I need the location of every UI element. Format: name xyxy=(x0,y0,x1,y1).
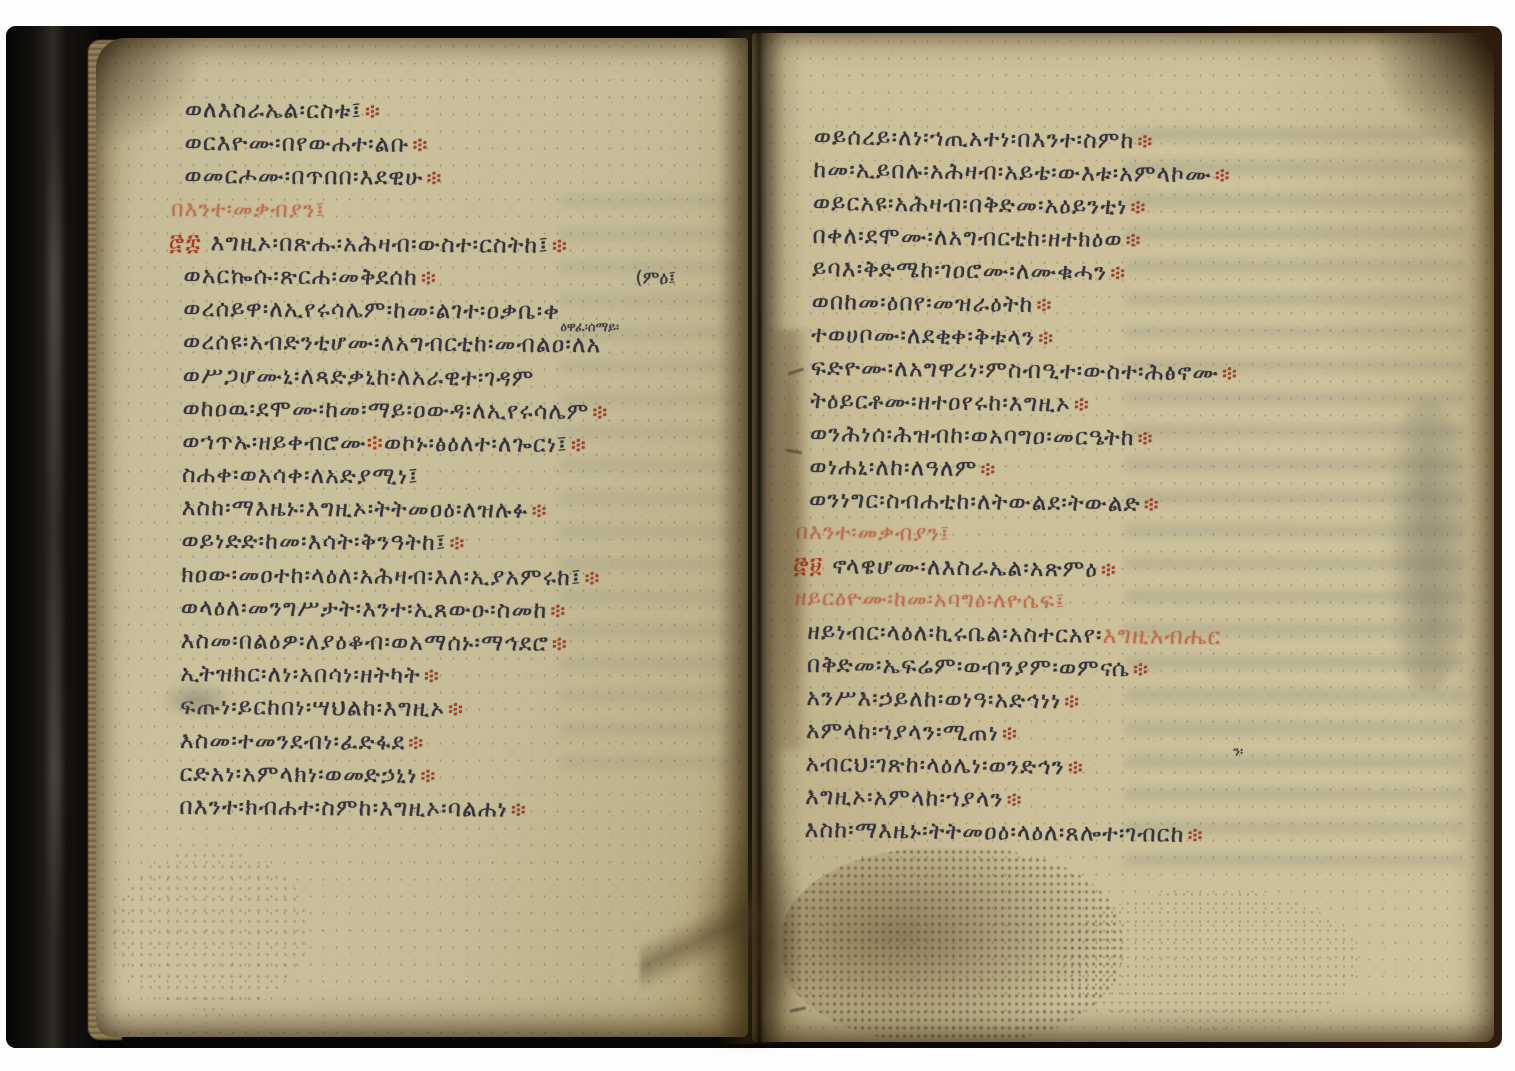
manuscript-line: አብርህ፡ገጽከ፡ላዕሌነ፡ወንድኅን፨ን፡ xyxy=(805,751,1233,790)
verse-end-mark: ፨ xyxy=(421,764,437,788)
manuscript-line: አንሥእ፡ኃይለከ፡ወነዓ፡አድኅነነ፨ xyxy=(806,685,1234,724)
verse-end-mark: ፨ xyxy=(1187,823,1203,847)
text-run: እስመ፡በልዕዎ፡ለያዕቆብ፡ወአማሰኑ፡ማኅደሮ xyxy=(181,628,549,657)
text-run: ወነሐኒ፡ለከ፡ለዓለም xyxy=(809,454,977,482)
text-run: አንሥእ፡ኃይለከ፡ወነዓ፡አድኅነነ xyxy=(806,685,1061,714)
manuscript-line: ወበከመ፡ዕበየ፡መዝራዕትከ፨ xyxy=(811,289,1239,328)
manuscript-line: እስመ፡ተመንደብነ፡ፈድፋደ፨ xyxy=(180,728,606,765)
text-run: ክዐው፡መዐተከ፡ላዕለ፡አሕዛብ፡እለ፡ኢያአምሩከ፤ xyxy=(181,562,582,591)
verse-end-mark: ፨ xyxy=(1002,722,1018,746)
rubric-text-run: በእንተ፡መቃብያን፤ xyxy=(795,520,950,547)
right-page-text: ወይሰረይ፡ለነ፡ኀጢአተነ፡በእንተ፡ስምከ፨ከመ፡ኢይበሉ፡አሕዛብ፡አይቴ… xyxy=(804,124,1241,856)
verse-end-mark: ፨ xyxy=(571,433,587,457)
manuscript-line: አምላከ፡ኀያላን፡ሚጠነ፨ xyxy=(806,718,1234,757)
page-corner-shadow xyxy=(1364,33,1494,153)
text-run: ተወሀቦሙ፡ለደቂቀ፡ቅቱላን xyxy=(811,322,1035,351)
text-run: ወኀጥኡ፡ዘይቀብሮሙ xyxy=(182,429,367,456)
manuscript-line: ርድአነ፡አምላክነ፡ወመድኃኒነ፨ xyxy=(180,761,606,798)
text-run: ወበከመ፡ዕበየ፡መዝራዕትከ xyxy=(811,289,1033,318)
verse-end-mark: ፨ xyxy=(511,798,527,822)
text-run: ወረሰዩ፡አብድንቲሆሙ፡ለአግብርቲከ፡መብልዐ፡ለአ xyxy=(183,329,602,358)
chapter-numeral: ፸፱ xyxy=(793,553,823,579)
verse-end-mark: ፨ xyxy=(1007,788,1023,812)
verse-end-mark: ፨ xyxy=(1215,163,1231,187)
verse-end-mark: ፨ xyxy=(585,566,601,590)
manuscript-line: ዘይነብር፡ላዕለ፡ኪሩቤል፡አስተርአየ፡እግዚአብሔር xyxy=(807,619,1235,658)
verse-end-mark: ፨ xyxy=(426,166,442,190)
manuscript-line: ትዕይርቶሙ፡ዘተዐየሩከ፡እግዚኦ፨ xyxy=(810,388,1238,427)
text-run: በእንተ፡ክብሐተ፡ስምከ፡እግዚኦ፡ባልሐነ xyxy=(179,794,508,823)
manuscript-line: ስሐቀ፡ወአሳቀ፡ለአድያሚነ፤ xyxy=(182,462,608,499)
text-run: ኢትዝክር፡ለነ፡አበሳነ፡ዘትካት xyxy=(180,661,421,689)
text-run: ፍድዮሙ፡ለአግዋሪነ፡ምስብዒተ፡ውስተ፡ሕፅኖሙ xyxy=(811,355,1220,386)
manuscript-line: ፍድዮሙ፡ለአግዋሪነ፡ምስብዒተ፡ውስተ፡ሕፅኖሙ፨ xyxy=(811,355,1239,394)
manuscript-line: እግዚኦ፡አምላከ፡ኀያላን፨ xyxy=(805,784,1233,823)
left-page-text: ወለእስራኤል፡ርስቱ፤፨ወርእዮሙ፡በየውሐተ፡ልቡ፨ወመርሖሙ፡በጥበበ፡እ… xyxy=(179,97,611,830)
text-run: ስሐቀ፡ወአሳቀ፡ለአድያሚነ፤ xyxy=(182,462,419,490)
interlinear-correction: ዕዋፈ፡ሰማይ፡ xyxy=(560,320,619,335)
text-run: ወሥጋሆሙኒ፡ለጻድቃኒከ፡ለአራዊተ፡ገዳም xyxy=(183,362,535,391)
text-run: እስከ፡ማእዜኑ፡እግዚኦ፡ትትመዐዕ፡ለዝሉፉ xyxy=(182,495,529,524)
manuscript-line: ፍጡነ፡ይርከበነ፡ሣህልከ፡እግዚኦ፨ xyxy=(180,694,606,731)
manuscript-line: ወመርሖሙ፡በጥበበ፡እደዊሁ፨ xyxy=(184,163,610,200)
manuscript-line: ወንነግር፡ስብሐቲከ፡ለትውልደ፡ትውልድ፨ xyxy=(809,487,1237,526)
manuscript-photo: ወለእስራኤል፡ርስቱ፤፨ወርእዮሙ፡በየውሐተ፡ልቡ፨ወመርሖሙ፡በጥበበ፡እ… xyxy=(0,0,1515,1071)
verse-end-mark: ፨ xyxy=(1064,689,1080,713)
verse-end-mark: ፨ xyxy=(552,234,568,258)
manuscript-line: ወይርአዩ፡አሕዛብ፡በቅድመ፡አዕይንቲነ፨ xyxy=(813,190,1241,229)
manuscript-line: ወረሰዩ፡አብድንቲሆሙ፡ለአግብርቲከ፡መብልዐ፡ለአዕዋፈ፡ሰማይ፡ xyxy=(183,329,609,366)
verse-end-mark: ፨ xyxy=(408,730,424,754)
verse-end-mark: ፨ xyxy=(552,632,568,656)
text-run: ወመርሖሙ፡በጥበበ፡እደዊሁ xyxy=(184,163,423,191)
verse-end-mark: ፨ xyxy=(1222,361,1238,385)
text-run: ፍጡነ፡ይርከበነ፡ሣህልከ፡እግዚኦ xyxy=(180,694,445,722)
text-run: በቅድመ፡ኤፍሬም፡ወብንያም፡ወምናሴ xyxy=(807,652,1131,682)
manuscript-line: ተወሀቦሙ፡ለደቂቀ፡ቅቱላን፨ xyxy=(811,322,1239,361)
text-run: ትዕይርቶሙ፡ዘተዐየሩከ፡እግዚኦ xyxy=(810,388,1071,417)
manuscript-line: ወከዐዉ፡ደሞሙ፡ከመ፡ማይ፡ዐውዳ፡ለኢየሩሳሌም፨ xyxy=(182,396,608,433)
interlinear-correction: ን፡ xyxy=(1233,745,1243,760)
verse-end-mark: ፨ xyxy=(1144,492,1160,516)
text-run: ከመ፡ኢይበሉ፡አሕዛብ፡አይቴ፡ውእቱ፡አምላኮሙ xyxy=(813,157,1212,188)
text-run: ወለእስራኤል፡ርስቱ፤ xyxy=(185,97,362,124)
spine-highlight xyxy=(48,120,62,940)
manuscript-line: ከመ፡ኢይበሉ፡አሕዛብ፡አይቴ፡ውእቱ፡አምላኮሙ፨ xyxy=(813,157,1241,196)
verse-end-mark: ፨ xyxy=(1036,293,1052,317)
manuscript-line: ወይነድድ፡ከመ፡እሳት፡ቅንዓትከ፤፨ xyxy=(181,528,607,565)
text-run: ወላዕለ፡መንግሥታት፡እንተ፡ኢጸውዑ፡ስመከ xyxy=(181,595,548,624)
marginal-note: (ምዕ፤ xyxy=(636,267,676,288)
text-run: በቀለ፡ደሞሙ፡ለአግብርቲከ፡ዘተክዕወ xyxy=(812,223,1123,253)
manuscript-line: በቅድመ፡ኤፍሬም፡ወብንያም፡ወምናሴ፨ xyxy=(807,652,1235,691)
verse-end-mark: ፨ xyxy=(1130,195,1146,219)
manuscript-line: እስከ፡ማእዜኑ፡እግዚኦ፡ትትመዐዕ፡ለዝሉፉ፨ xyxy=(182,495,608,532)
text-run: እግዚኦ፡በጽሑ፡አሕዛብ፡ውስተ፡ርስትከ፤ xyxy=(211,230,550,259)
text-run: አምላከ፡ኀያላን፡ሚጠነ xyxy=(806,718,999,747)
manuscript-line: ይባእ፡ቅድሜከ፡ገዐሮሙ፡ለሙቁሓን፨ xyxy=(812,256,1240,295)
manuscript-line: ወንሕነሰ፡ሕዝብከ፡ወአባግዐ፡መርዔትከ፨ xyxy=(810,421,1238,460)
verse-end-mark: ፨ xyxy=(421,266,437,290)
rubric-text-run: በእንተ፡መቃብያን፤ xyxy=(171,196,326,222)
text-run: ወከዐዉ፡ደሞሙ፡ከመ፡ማይ፡ዐውዳ፡ለኢየሩሳሌም xyxy=(182,396,589,425)
text-run: እስመ፡ተመንደብነ፡ፈድፋደ xyxy=(180,728,406,756)
rubric-text-run: እግዚአብሔር xyxy=(1103,623,1222,651)
text-run: ወይነድድ፡ከመ፡እሳት፡ቅንዓትከ፤ xyxy=(181,528,446,556)
manuscript-line: ወሥጋሆሙኒ፡ለጻድቃኒከ፡ለአራዊተ፡ገዳም xyxy=(183,362,609,399)
manuscript-line: ወኀጥኡ፡ዘይቀብሮሙ፨ወኮኑ፡ፅዕለተ፡ለጐርነ፤፨ xyxy=(182,429,608,466)
text-run: እስከ፡ማእዜኑ፡ትትመዐዕ፡ላዕለ፡ጸሎተ፡ገብርከ xyxy=(805,817,1185,848)
text-run: አብርህ፡ገጽከ፡ላዕሌነ፡ወንድኅን xyxy=(805,751,1065,780)
manuscript-line: በቀለ፡ደሞሙ፡ለአግብርቲከ፡ዘተክዕወ፨ xyxy=(812,223,1240,262)
manuscript-line: በእንተ፡መቃብያን፤ xyxy=(171,196,610,233)
verse-end-mark: ፨ xyxy=(424,664,440,688)
verse-end-mark: ፨ xyxy=(1101,558,1117,582)
rubric-text-run: ዘይርዕዮሙ፡ከመ፡አባግዕ፡ለዮሴፍ፤ xyxy=(795,586,1066,615)
verse-end-mark: ፨ xyxy=(550,599,566,623)
verse-end-mark: ፨ xyxy=(1133,657,1149,681)
manuscript-line: በእንተ፡ክብሐተ፡ስምከ፡እግዚኦ፡ባልሐነ፨ xyxy=(179,794,605,831)
text-run: ወርእዮሙ፡በየውሐተ፡ልቡ xyxy=(185,130,410,158)
verse-end-mark: ፨ xyxy=(1074,392,1090,416)
manuscript-line: ወላዕለ፡መንግሥታት፡እንተ፡ኢጸውዑ፡ስመከ፨ xyxy=(181,595,607,632)
text-run: ወኮኑ፡ፅዕለተ፡ለጐርነ፤ xyxy=(384,430,568,457)
manuscript-line: ኢትዝክር፡ለነ፡አበሳነ፡ዘትካት፨ xyxy=(180,661,606,698)
text-run: ወንሕነሰ፡ሕዝብከ፡ወአባግዐ፡መርዔትከ xyxy=(810,421,1135,451)
manuscript-line: እስከ፡ማእዜኑ፡ትትመዐዕ፡ላዕለ፡ጸሎተ፡ገብርከ፨ xyxy=(804,817,1232,856)
text-run: ወንነግር፡ስብሐቲከ፡ለትውልደ፡ትውልድ xyxy=(809,487,1141,517)
text-run: ወአርኰሱ፡ጽርሐ፡መቅደሰከ xyxy=(183,263,418,291)
rubric-text-run: ፨ xyxy=(367,430,385,456)
manuscript-line: ክዐው፡መዐተከ፡ላዕለ፡አሕዛብ፡እለ፡ኢያአምሩከ፤፨ xyxy=(181,562,607,599)
text-run: ኖላዌሆሙ፡ለእስራኤል፡አጽምዕ xyxy=(832,553,1098,582)
verse-end-mark: ፨ xyxy=(1110,261,1126,285)
text-run: እግዚኦ፡አምላከ፡ኀያላን xyxy=(805,784,1004,813)
text-run: ርድአነ፡አምላክነ፡ወመድኃኒነ xyxy=(180,761,418,789)
verse-end-mark: ፨ xyxy=(980,457,996,481)
manuscript-line: ወርእዮሙ፡በየውሐተ፡ልቡ፨ xyxy=(184,130,610,167)
verse-end-mark: ፨ xyxy=(1068,755,1084,779)
verse-end-mark: ፨ xyxy=(1038,326,1054,350)
manuscript-line: ፸፰እግዚኦ፡በጽሑ፡አሕዛብ፡ውስተ፡ርስትከ፤፨ xyxy=(169,230,610,267)
text-run: ይባእ፡ቅድሜከ፡ገዐሮሙ፡ለሙቁሓን xyxy=(812,256,1108,286)
manuscript-line: ወአርኰሱ፡ጽርሐ፡መቅደሰከ፨(ምዕ፤ xyxy=(183,263,609,300)
verse-end-mark: ፨ xyxy=(1126,228,1142,252)
chapter-numeral: ፸፰ xyxy=(169,230,202,256)
manuscript-line: ወለእስራኤል፡ርስቱ፤፨ xyxy=(185,97,611,134)
text-run: ወረሰይዋ፡ለኢየሩሳሌም፡ከመ፡ልገተ፡ዐቃቤ፡ቀ xyxy=(183,296,560,325)
gutter-fold-line xyxy=(758,30,761,1044)
page-gutter xyxy=(718,30,804,1044)
manuscript-line: ወነሐኒ፡ለከ፡ለዓለም፨ xyxy=(809,454,1237,493)
manuscript-line: እስመ፡በልዕዎ፡ለያዕቆብ፡ወአማሰኑ፡ማኅደሮ፨ xyxy=(181,628,607,665)
manuscript-line: ወይሰረይ፡ለነ፡ኀጢአተነ፡በእንተ፡ስምከ፨ xyxy=(814,124,1242,163)
verse-end-mark: ፨ xyxy=(1137,129,1153,153)
verse-end-mark: ፨ xyxy=(448,697,464,721)
verse-end-mark: ፨ xyxy=(1138,426,1154,450)
verse-end-mark: ፨ xyxy=(532,499,548,523)
text-run: ዘይነብር፡ላዕለ፡ኪሩቤል፡አስተርአየ፡ xyxy=(807,619,1103,649)
verse-end-mark: ፨ xyxy=(450,532,466,556)
verse-end-mark: ፨ xyxy=(412,133,428,157)
manuscript-line: ወረሰይዋ፡ለኢየሩሳሌም፡ከመ፡ልገተ፡ዐቃቤ፡ቀ xyxy=(183,296,609,333)
verse-end-mark: ፨ xyxy=(365,99,381,123)
verse-end-mark: ፨ xyxy=(592,400,608,424)
text-run: ወይሰረይ፡ለነ፡ኀጢአተነ፡በእንተ፡ስምከ xyxy=(814,124,1135,154)
text-run: ወይርአዩ፡አሕዛብ፡በቅድመ፡አዕይንቲነ xyxy=(813,190,1128,220)
